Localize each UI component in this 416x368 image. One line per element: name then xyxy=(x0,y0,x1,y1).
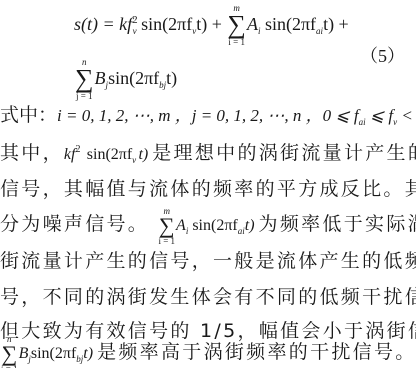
equation-line-2: n ∑ j = 1 Bjsin(2πfbjt) xyxy=(74,56,177,100)
text-line-1: 式中：i = 0, 1, 2, ⋯, m ，j = 0, 1, 2, ⋯, n … xyxy=(0,100,416,127)
summation-symbol: m ∑ i = 1 xyxy=(158,207,175,246)
text-line-4: 分为噪声信号。 m ∑ i = 1 Ai sin(2πfait) 为频率低于实际… xyxy=(0,202,416,246)
text-line-6: 号，不同的涡街发生体会有不同的低频干扰信号， xyxy=(0,282,416,309)
text-line-8: n ∑ j = 1 Bjsin(2πfbjt) 是频率高于涡街频率的干扰信号。 xyxy=(0,330,416,368)
eq-lhs: s(t) = kf xyxy=(74,14,132,34)
text-line-2: 其中，kf2 sin(2πfvt) 是理想中的涡街流量计产生的 xyxy=(0,138,416,165)
summation-symbol: n ∑ j = 1 xyxy=(75,58,94,101)
equation-line-1: s(t) = kf2v sin(2πfvt) + m ∑ i = 1 Ai si… xyxy=(74,4,349,44)
summation-symbol: m ∑ i = 1 xyxy=(227,4,246,47)
text-line-5: 街流量计产生的信号，一般是流体产生的低频信 xyxy=(0,246,416,273)
summation-symbol: n ∑ j = 1 xyxy=(1,335,18,368)
text-line-3: 信号，其幅值与流体的频率的平方成反比。其他部 xyxy=(0,174,416,201)
equation-number: （5） xyxy=(360,42,405,68)
